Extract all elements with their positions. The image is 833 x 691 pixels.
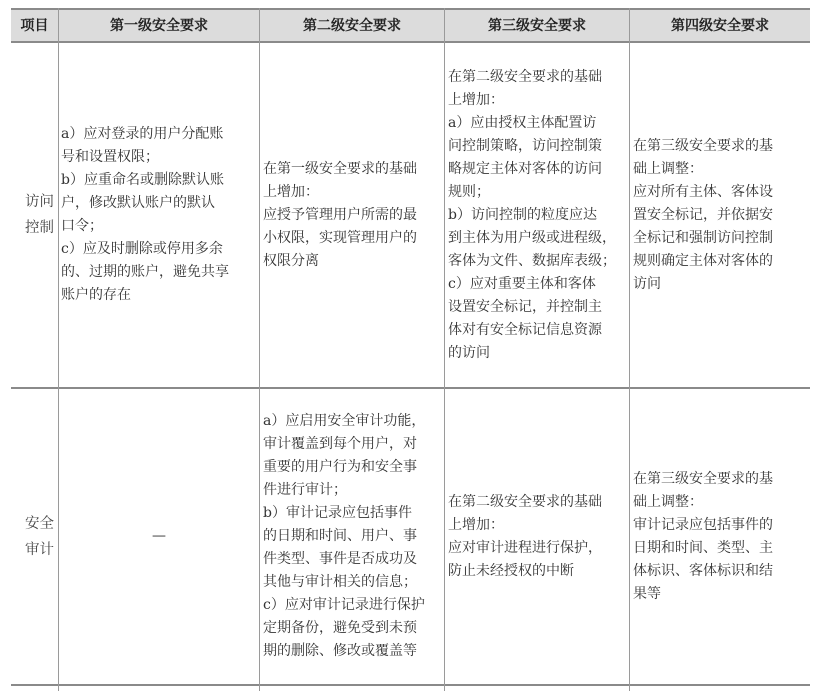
column-divider-2 xyxy=(259,8,260,691)
level-4-cell: 在第三级安全要求的基 础上调整： 应对所有主体、客体设 置安全标记，并依据安 全… xyxy=(633,43,810,387)
header-item: 项目 xyxy=(11,8,58,42)
level-3-text: 在第二级安全要求的基础 上增加： 应对审计进程进行保护， 防止未经授权的中断 xyxy=(448,491,602,583)
row-item-label: 安全 审计 xyxy=(25,511,58,563)
level-2-text: a）应启用安全审计功能， 审计覆盖到每个用户，对 重要的用户行为和安全事 件进行… xyxy=(263,410,425,663)
level-1-cell: — xyxy=(59,389,259,684)
level-2-cell: a）应启用安全审计功能， 审计覆盖到每个用户，对 重要的用户行为和安全事 件进行… xyxy=(263,389,444,684)
level-4-cell: 在第三级安全要求的基 础上调整： 审计记录应包括事件的 日期和时间、类型、主 体… xyxy=(633,389,810,684)
level-1-cell: a）应对登录的用户分配账 号和设置权限； b）应重命名或删除默认账 户，修改默认… xyxy=(61,43,259,387)
level-4-text: 在第三级安全要求的基 础上调整： 审计记录应包括事件的 日期和时间、类型、主 体… xyxy=(633,468,773,606)
column-divider-4 xyxy=(629,8,630,691)
row-divider-2 xyxy=(11,684,810,686)
level-2-text: 在第一级安全要求的基础 上增加： 应授予管理用户所需的最 小权限，实现管理用户的… xyxy=(263,158,417,273)
row-item-cell: 安全 审计 xyxy=(11,389,58,684)
level-3-text: 在第二级安全要求的基础 上增加： a）应由授权主体配置访 问控制策略，访问控制策… xyxy=(448,66,616,365)
header-level-3: 第三级安全要求 xyxy=(445,8,629,42)
header-level-4: 第四级安全要求 xyxy=(630,8,810,42)
header-level-2: 第二级安全要求 xyxy=(260,8,444,42)
header-level-1: 第一级安全要求 xyxy=(59,8,259,42)
level-3-cell: 在第二级安全要求的基础 上增加： a）应由授权主体配置访 问控制策略，访问控制策… xyxy=(448,43,629,387)
level-1-text: — xyxy=(152,525,166,548)
column-divider-3 xyxy=(444,8,445,691)
level-3-cell: 在第二级安全要求的基础 上增加： 应对审计进程进行保护， 防止未经授权的中断 xyxy=(448,389,629,684)
level-4-text: 在第三级安全要求的基 础上调整： 应对所有主体、客体设 置安全标记，并依据安 全… xyxy=(633,135,773,296)
level-1-text: a）应对登录的用户分配账 号和设置权限； b）应重命名或删除默认账 户，修改默认… xyxy=(61,123,229,307)
level-2-cell: 在第一级安全要求的基础 上增加： 应授予管理用户所需的最 小权限，实现管理用户的… xyxy=(263,43,444,387)
row-item-label: 访问 控制 xyxy=(25,189,58,241)
row-item-cell: 访问 控制 xyxy=(11,43,58,387)
